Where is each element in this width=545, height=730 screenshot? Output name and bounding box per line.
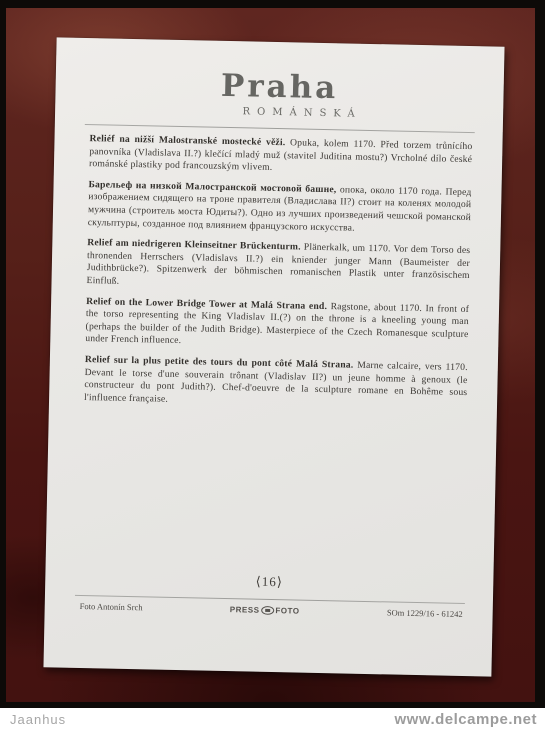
pressfoto-text-left: PRESS xyxy=(230,605,260,615)
pressfoto-emblem-icon xyxy=(260,605,274,614)
pressfoto-text-right: FOTO xyxy=(275,606,299,616)
pressfoto-logo: PRESS FOTO xyxy=(230,605,300,615)
photo-frame: Praha románská Reliéf na nižší Malostran… xyxy=(0,0,545,708)
imprint-row: Foto Antonín Srch PRESS FOTO SOm 1229/16… xyxy=(80,601,463,619)
watermark-seller: Jaanhus xyxy=(10,712,66,727)
paragraph-french: Relief sur la plus petite des tours du p… xyxy=(84,354,468,412)
paragraph-german: Relief am niedrigeren Kleinseitner Brück… xyxy=(86,237,470,295)
watermark-strip: Jaanhus www.delcampe.net xyxy=(0,708,545,730)
description-text: Reliéf na nižší Malostranské mostecké vě… xyxy=(84,133,473,420)
catalog-number: SOm 1229/16 - 61242 xyxy=(387,607,463,619)
paragraph-russian: Барельеф на низкой Малостранской мостово… xyxy=(88,179,472,237)
publisher-logo: Praha románská xyxy=(55,67,504,122)
divider-top xyxy=(85,124,475,133)
photographer-credit: Foto Antonín Srch xyxy=(80,601,143,612)
paragraph-english: Relief on the Lower Bridge Tower at Malá… xyxy=(85,296,469,354)
watermark-site: www.delcampe.net xyxy=(395,711,537,728)
series-number: ⟨16⟩ xyxy=(45,569,493,594)
postcard-back: Praha románská Reliéf na nižší Malostran… xyxy=(43,37,504,676)
paragraph-czech: Reliéf na nižší Malostranské mostecké vě… xyxy=(89,133,473,179)
